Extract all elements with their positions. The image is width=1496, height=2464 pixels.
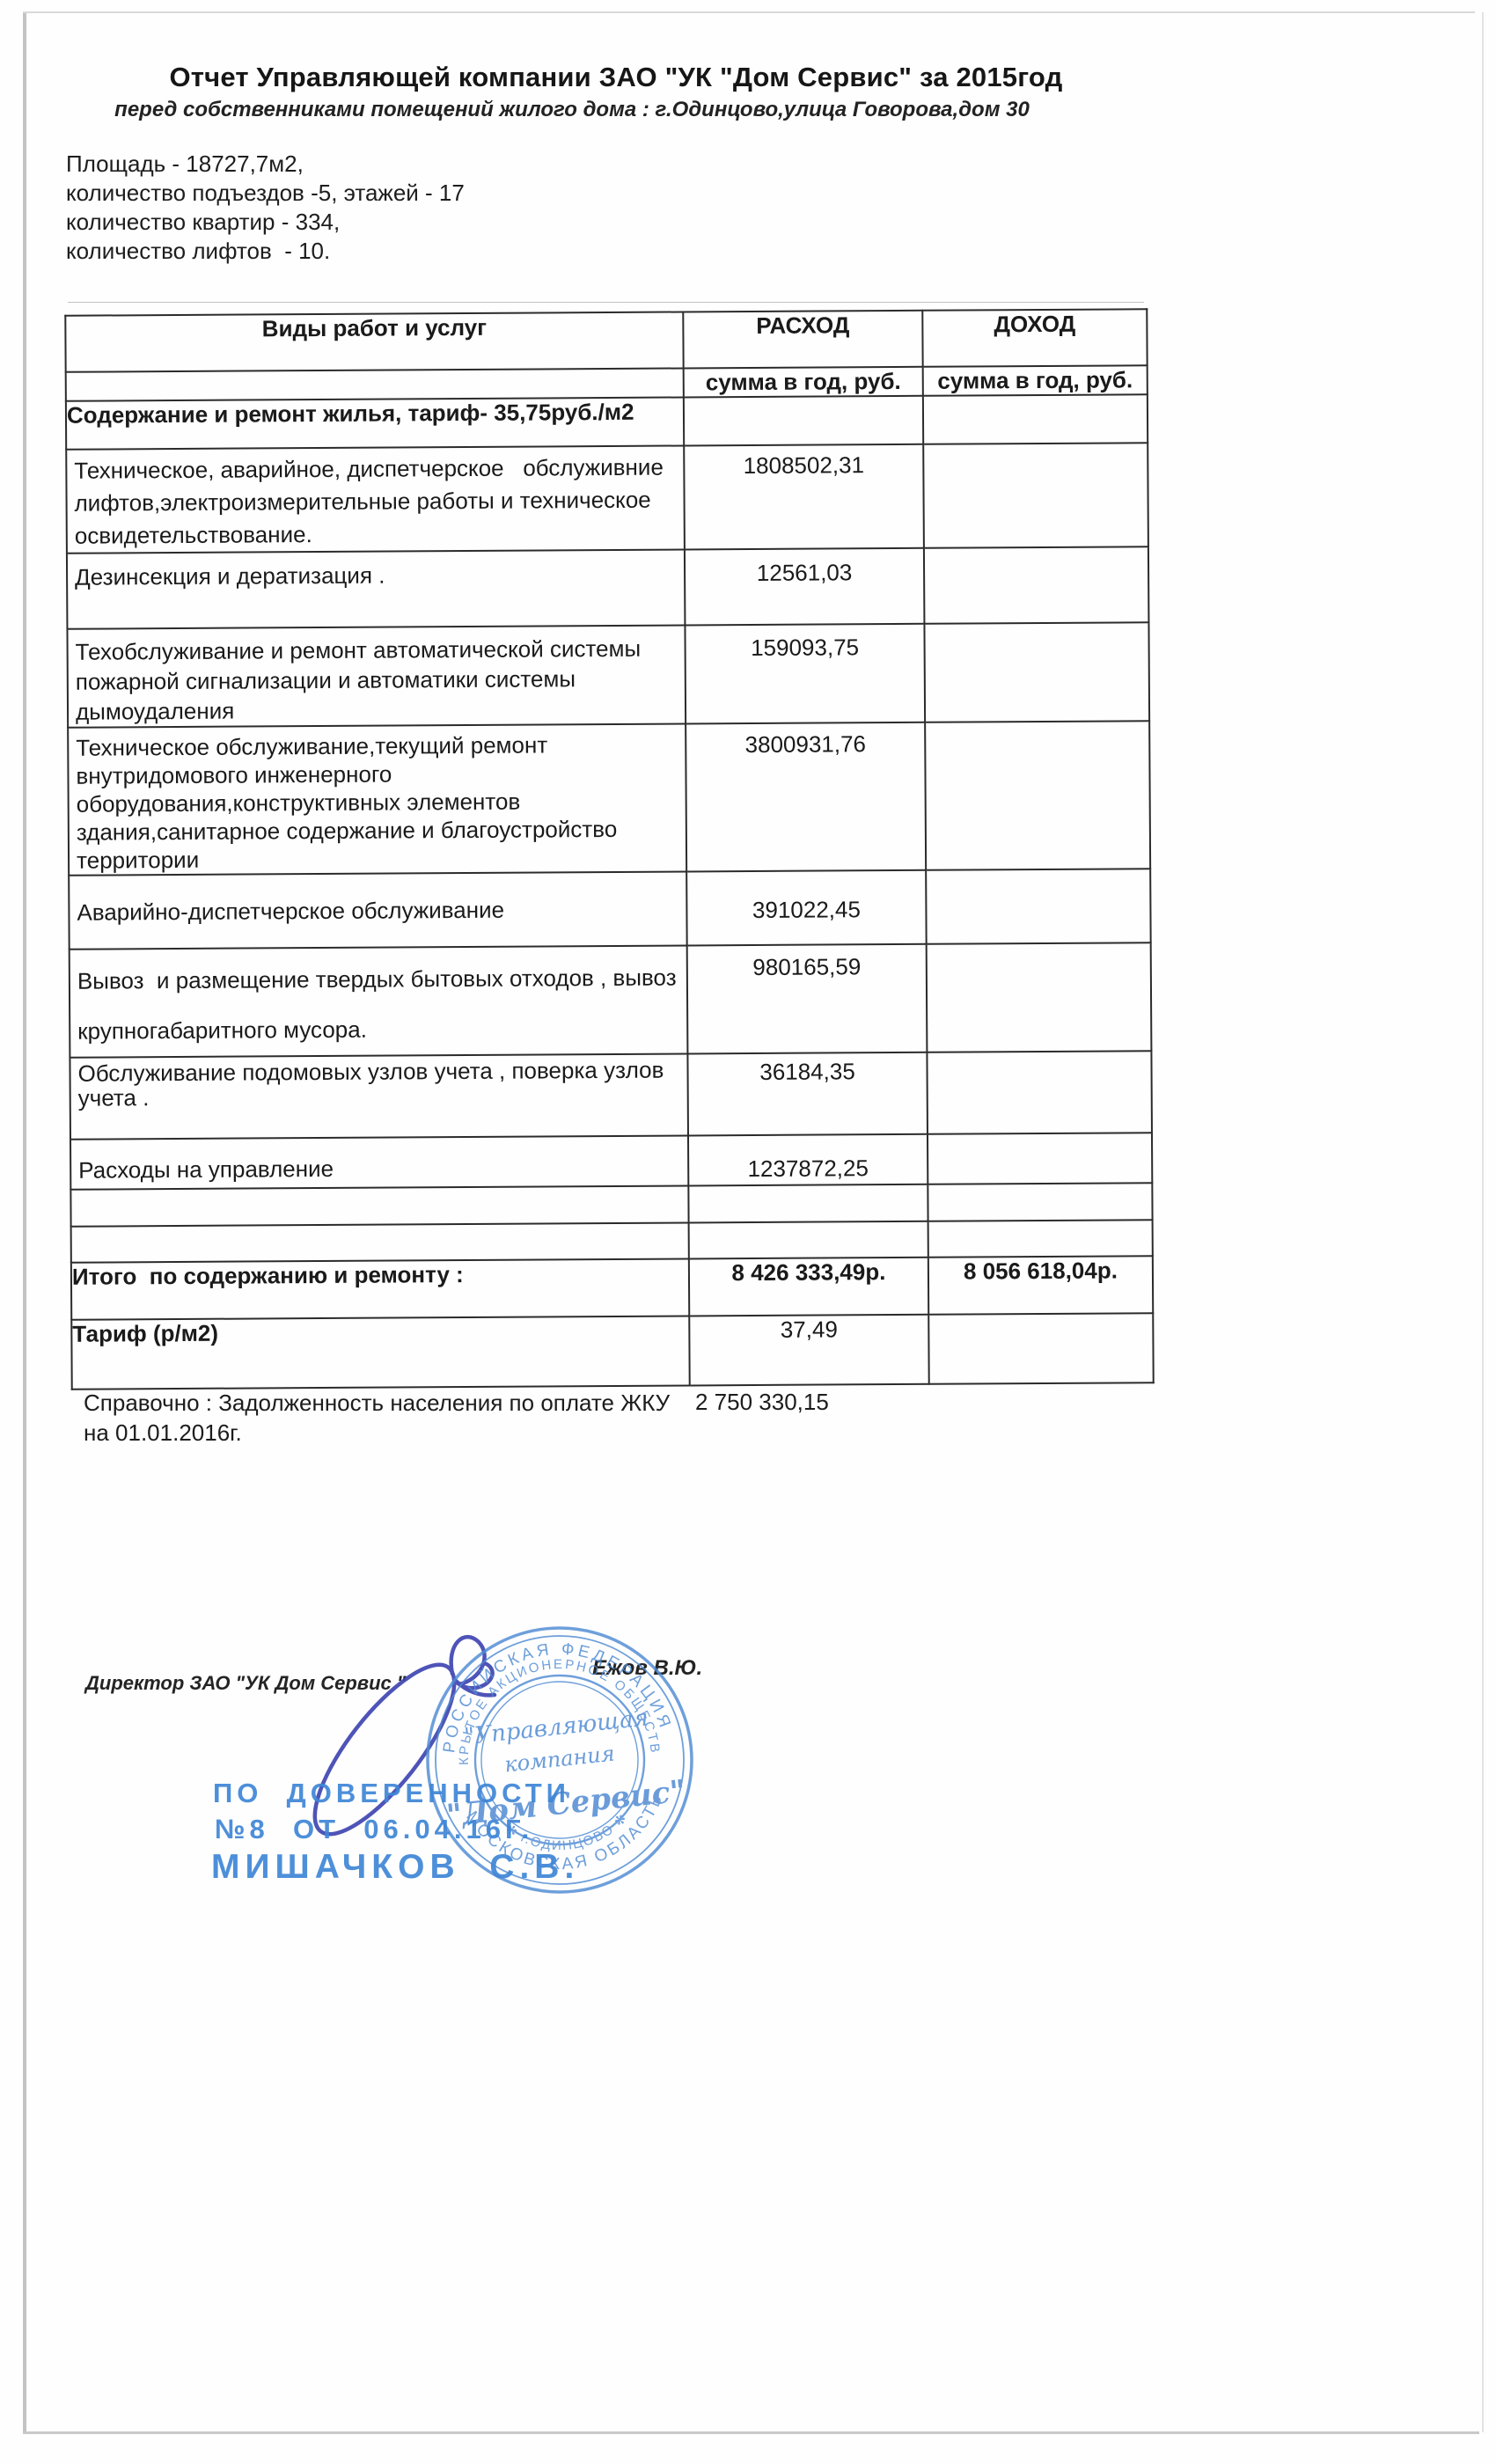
tariff-expense: 37,49 — [689, 1315, 928, 1386]
service-name-line: Техобслуживание и ремонт автоматической … — [69, 633, 685, 666]
building-info-line-2: количество подъездов -5, этажей - 17 — [66, 179, 465, 208]
empty-cell — [689, 1221, 928, 1259]
expense-cell: 12561,03 — [685, 548, 925, 626]
table-row: Расходы на управление1237872,25 — [70, 1133, 1152, 1190]
reference-value: 2 750 330,15 — [695, 1389, 829, 1416]
subheader-income: сумма в год, руб. — [923, 365, 1148, 396]
service-name-cell: Обслуживание подомовых узлов учета , пов… — [70, 1053, 688, 1139]
table-header-row: Виды работ и услуг РАСХОД ДОХОД — [65, 309, 1147, 372]
empty-cell — [684, 396, 923, 446]
table-row: Техническое обслуживание,текущий ремонтв… — [68, 721, 1150, 876]
income-cell — [928, 1133, 1152, 1184]
service-name-cell: Расходы на управление — [70, 1135, 688, 1189]
scan-edge-left — [23, 12, 26, 2434]
section-title: Содержание и ремонт жилья, тариф- 35,75р… — [66, 397, 684, 449]
empty-cell — [928, 1183, 1152, 1221]
service-name-line: крупногабаритного мусора. — [70, 1002, 686, 1056]
expense-cell: 980165,59 — [687, 944, 928, 1054]
service-name-line: лифтов,электроизмерительные работы и тех… — [67, 483, 683, 519]
reference-line-1: Справочно : Задолженность населения по о… — [84, 1388, 670, 1418]
scan-edge-right — [1482, 12, 1484, 2432]
service-name-cell: Техническое, аварийное, диспетчерское об… — [66, 445, 685, 553]
expense-cell: 1808502,31 — [684, 444, 924, 550]
empty-cell — [688, 1184, 928, 1223]
table-row: Обслуживание подомовых узлов учета , пов… — [70, 1051, 1152, 1140]
service-name-line: Обслуживание подомовых узлов учета , пов… — [70, 1057, 686, 1085]
income-cell — [927, 942, 1152, 1052]
empty-cell — [66, 368, 684, 400]
service-name-line: Техническое, аварийное, диспетчерское об… — [67, 451, 683, 487]
service-name-cell: Техническое обслуживание,текущий ремонтв… — [68, 723, 686, 875]
page-subtitle: перед собственниками помещений жилого до… — [26, 98, 1118, 122]
table-row: Техническое, аварийное, диспетчерское об… — [66, 443, 1148, 554]
column-header-services: Виды работ и услуг — [65, 312, 683, 371]
income-cell — [923, 443, 1148, 548]
service-name-cell: Вывоз и размещение твердых бытовых отход… — [70, 945, 688, 1057]
scan-page: Отчет Управляющей компании ЗАО "УК "Дом … — [0, 0, 1496, 2464]
table-head: Виды работ и услуг РАСХОД ДОХОД сумма в … — [65, 309, 1148, 450]
empty-cell — [923, 394, 1148, 444]
table-row: Аварийно-диспетчерское обслуживание39102… — [69, 869, 1150, 950]
service-name-line: территории — [70, 842, 686, 874]
service-name-line: дымоудаления — [69, 693, 685, 726]
service-name-line: Дезинсекция и дератизация . — [68, 558, 684, 591]
facsimile-line-3: МИШАЧКОВ С.В. — [211, 1848, 579, 1887]
expense-cell: 3800931,76 — [686, 722, 926, 872]
income-cell — [924, 546, 1149, 624]
tariff-label: Тариф (р/м2) — [71, 1316, 689, 1389]
page-title: Отчет Управляющей компании ЗАО "УК "Дом … — [70, 62, 1162, 93]
service-name-cell: Техобслуживание и ремонт автоматической … — [67, 625, 686, 727]
building-info-line-3: количество квартир - 334, — [66, 208, 465, 237]
table-row: Техобслуживание и ремонт автоматической … — [67, 622, 1149, 728]
income-cell — [925, 721, 1150, 870]
building-info-line-1: Площадь - 18727,7м2, — [66, 150, 465, 179]
section-row: Содержание и ремонт жилья, тариф- 35,75р… — [66, 394, 1148, 450]
column-header-income: ДОХОД — [922, 309, 1147, 367]
total-expense: 8 426 333,49р. — [689, 1258, 928, 1316]
expense-cell: 36184,35 — [687, 1052, 928, 1136]
service-name-line: Техническое обслуживание,текущий ремонт — [69, 730, 685, 761]
tariff-income — [928, 1313, 1153, 1384]
building-info-line-4: количество лифтов - 10. — [66, 237, 465, 266]
service-name-line: пожарной сигнализации и автоматики систе… — [69, 663, 685, 696]
report-table: Виды работ и услуг РАСХОД ДОХОД сумма в … — [64, 308, 1154, 1390]
scan-edge-bottom — [23, 2431, 1479, 2434]
table-foot: Итого по содержанию и ремонту : 8 426 33… — [70, 1183, 1153, 1390]
total-row: Итого по содержанию и ремонту : 8 426 33… — [71, 1256, 1153, 1320]
expense-cell: 1237872,25 — [688, 1134, 928, 1186]
facsimile-line-1: ПО ДОВЕРЕННОСТИ — [213, 1778, 570, 1809]
service-name-line: Вывоз и размещение твердых бытовых отход… — [70, 952, 686, 1006]
service-name-line: освидетельствование. — [68, 516, 684, 552]
scan-edge-top — [23, 11, 1475, 13]
table-row: Вывоз и размещение твердых бытовых отход… — [70, 942, 1152, 1058]
stamp-center-line2: компания — [503, 1742, 616, 1778]
income-cell — [926, 869, 1151, 944]
total-income: 8 056 618,04р. — [928, 1256, 1153, 1315]
empty-cell — [70, 1185, 688, 1226]
total-label: Итого по содержанию и ремонту : — [71, 1258, 689, 1319]
income-cell — [924, 622, 1149, 722]
facsimile-line-2: №8 ОТ 06.04.16Г. — [215, 1814, 533, 1845]
reference-line-2: на 01.01.2016г. — [84, 1418, 670, 1448]
empty-cell — [71, 1222, 689, 1262]
service-name-line: здания,санитарное содержание и благоустр… — [70, 814, 686, 846]
subheader-expense: сумма в год, руб. — [684, 367, 923, 398]
service-name-line: оборудования,конструктивных элементов — [70, 786, 686, 818]
expense-cell: 159093,75 — [685, 624, 925, 724]
service-name-cell: Дезинсекция и дератизация . — [67, 549, 686, 628]
expense-cell: 391022,45 — [686, 870, 927, 946]
reference-note: Справочно : Задолженность населения по о… — [84, 1388, 670, 1448]
tariff-row: Тариф (р/м2) 37,49 — [71, 1313, 1153, 1390]
service-name-line: внутридомового инженерного — [69, 758, 685, 789]
service-name-line: Расходы на управление — [71, 1154, 687, 1182]
empty-cell — [928, 1220, 1153, 1258]
column-header-expense: РАСХОД — [683, 311, 922, 369]
income-cell — [927, 1051, 1152, 1134]
service-name-line: учета . — [71, 1082, 687, 1110]
scan-double-line — [68, 302, 1144, 303]
service-name-cell: Аварийно-диспетчерское обслуживание — [69, 871, 687, 949]
spacer-row — [70, 1183, 1152, 1227]
service-name-line: Аварийно-диспетчерское обслуживание — [70, 895, 686, 925]
table-body: Техническое, аварийное, диспетчерское об… — [66, 443, 1152, 1189]
table-row: Дезинсекция и дератизация .12561,03 — [67, 546, 1149, 629]
building-info: Площадь - 18727,7м2,количество подъездов… — [66, 150, 465, 266]
